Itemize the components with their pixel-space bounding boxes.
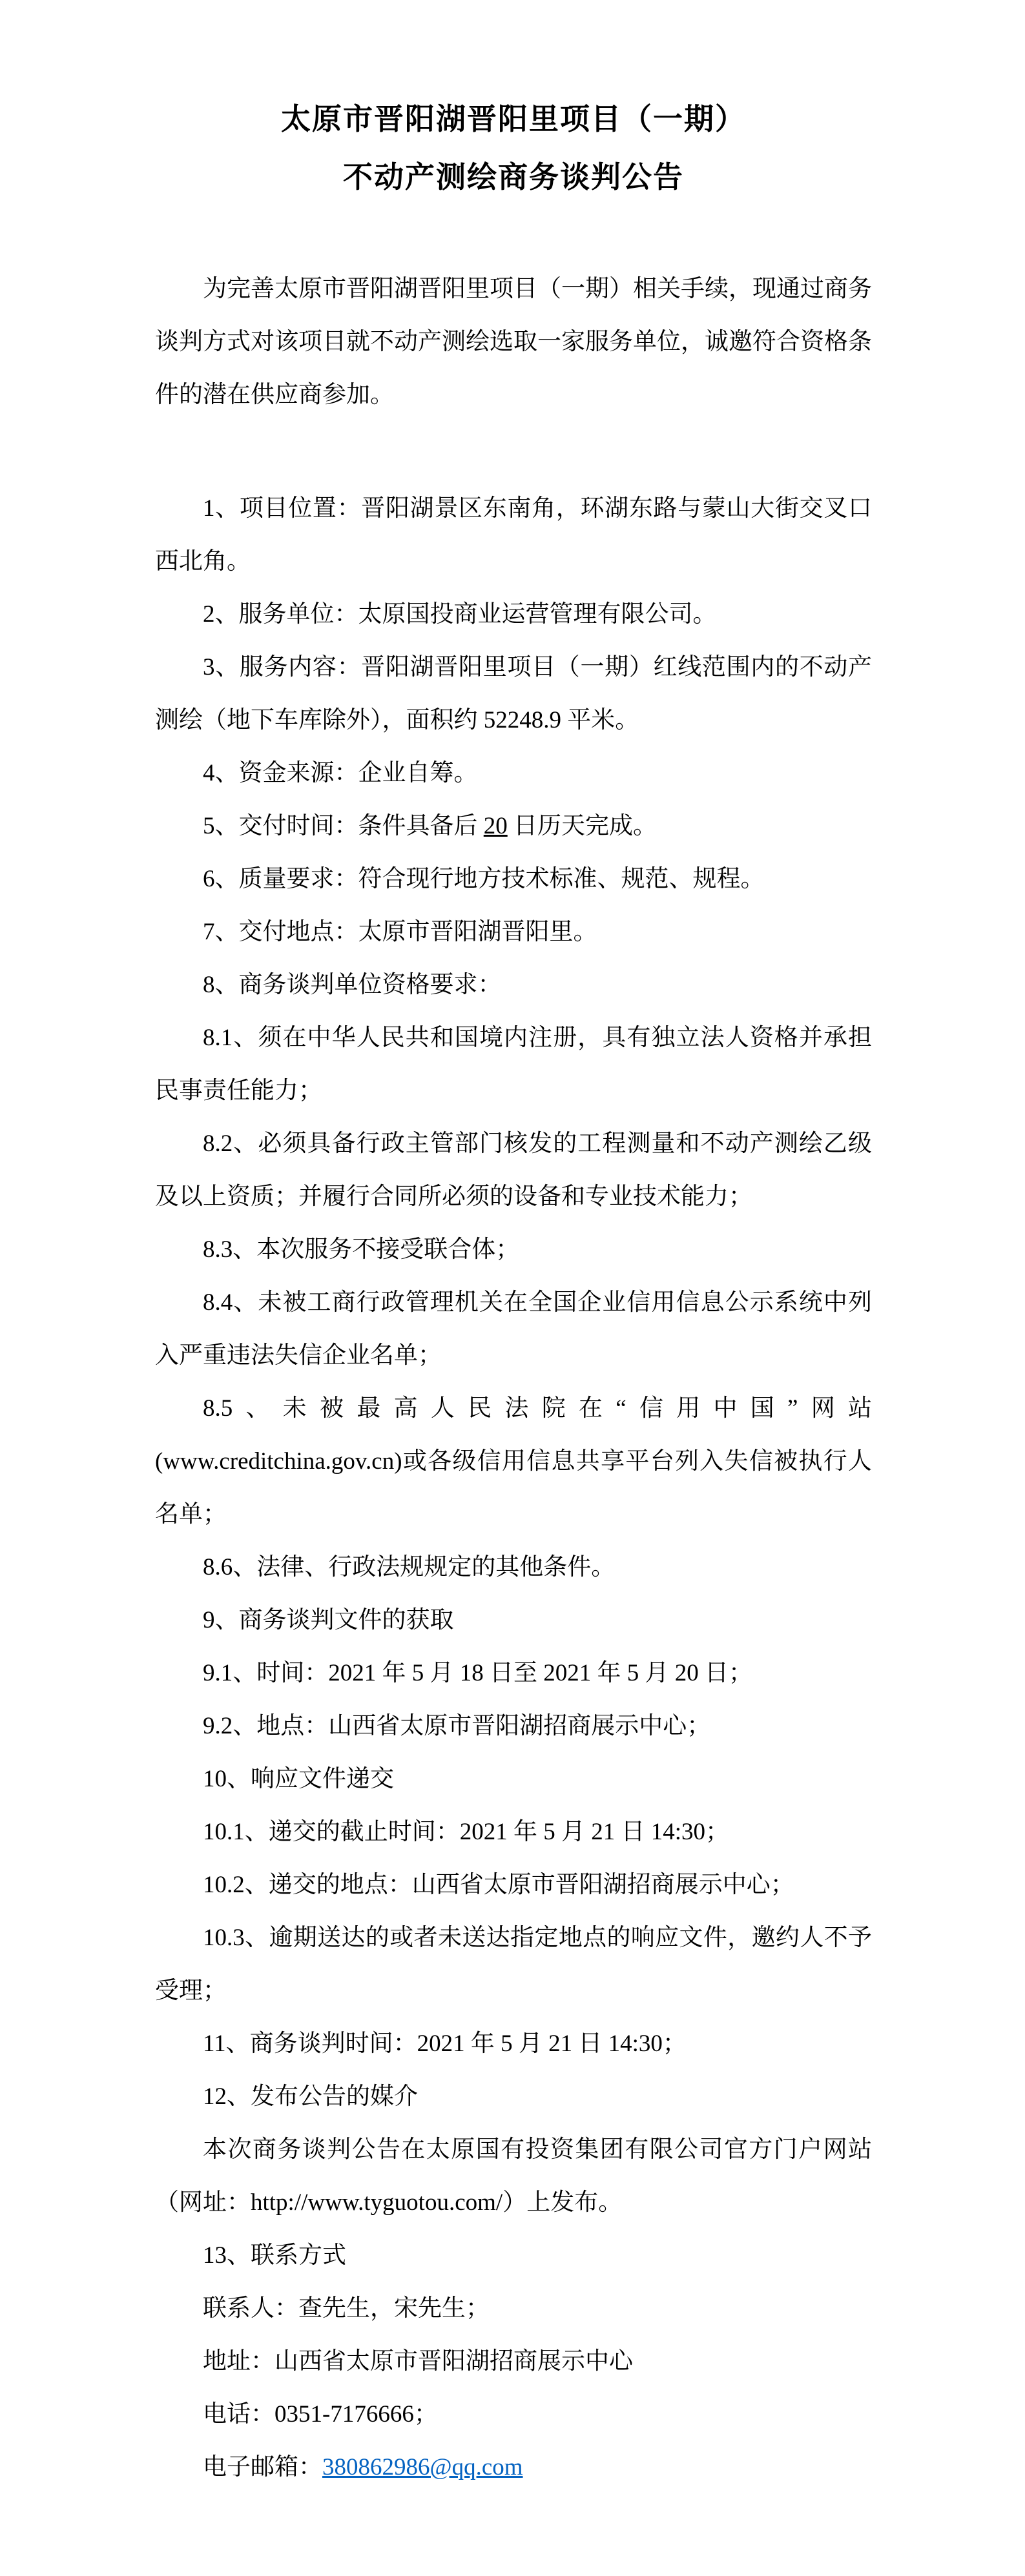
- email-link[interactable]: 380862986@qq.com: [322, 2454, 523, 2480]
- item-8-5-text-before: 8.5、未被最高人民法院在“信用中国”网站: [203, 1395, 872, 1422]
- email-label: 电子邮箱：: [203, 2454, 322, 2480]
- document-body: 为完善太原市晋阳湖晋阳里项目（一期）相关手续，现通过商务谈判方式对该项目就不动产…: [155, 263, 872, 2494]
- delivery-days-underlined: 20: [484, 813, 508, 839]
- item-7-delivery-place: 7、交付地点：太原市晋阳湖晋阳里。: [155, 906, 872, 959]
- document-title-line-1: 太原市晋阳湖晋阳里项目（一期）: [155, 90, 872, 148]
- media-text-after: 上发布。: [526, 2189, 622, 2216]
- contact-address-line: 地址：山西省太原市晋阳湖招商展示中心: [155, 2335, 872, 2388]
- item-1-project-location: 1、项目位置：晋阳湖景区东南角，环湖东路与蒙山大街交叉口西北角。: [155, 482, 872, 588]
- item-10-2-submission-place: 10.2、递交的地点：山西省太原市晋阳湖招商展示中心；: [155, 1859, 872, 1912]
- tyguotou-url: （网址：http://www.tyguotou.com/）: [155, 2189, 526, 2216]
- item-9-document-acquisition-heading: 9、商务谈判文件的获取: [155, 1594, 872, 1647]
- item-12-media-paragraph: 本次商务谈判公告在太原国有投资集团有限公司官方门户网站（网址：http://ww…: [155, 2123, 872, 2229]
- item-10-3-overdue-rule: 10.3、逾期送达的或者未送达指定地点的响应文件，邀约人不予受理；: [155, 1912, 872, 2018]
- item-12-media-heading: 12、发布公告的媒介: [155, 2070, 872, 2123]
- item-8-3-no-consortium: 8.3、本次服务不接受联合体；: [155, 1223, 872, 1276]
- item-3-service-content: 3、服务内容：晋阳湖晋阳里项目（一期）红线范围内的不动产测绘（地下车库除外），面…: [155, 641, 872, 747]
- intro-paragraph: 为完善太原市晋阳湖晋阳里项目（一期）相关手续，现通过商务谈判方式对该项目就不动产…: [155, 263, 872, 422]
- item-10-1-submission-deadline: 10.1、递交的截止时间：2021 年 5 月 21 日 14:30；: [155, 1806, 872, 1859]
- item-5-text-after: 日历天完成。: [508, 813, 657, 839]
- item-8-5-credit-china: 8.5、未被最高人民法院在“信用中国”网站(www.creditchina.go…: [155, 1382, 872, 1541]
- item-9-2-acquisition-place: 9.2、地点：山西省太原市晋阳湖招商展示中心；: [155, 1700, 872, 1753]
- contact-phone-line: 电话：0351-7176666；: [155, 2388, 872, 2441]
- item-2-service-unit: 2、服务单位：太原国投商业运营管理有限公司。: [155, 588, 872, 641]
- item-5-delivery-time: 5、交付时间：条件具备后 20 日历天完成。: [155, 800, 872, 853]
- item-11-negotiation-time: 11、商务谈判时间：2021 年 5 月 21 日 14:30；: [155, 2018, 872, 2070]
- item-10-response-submission-heading: 10、响应文件递交: [155, 1753, 872, 1806]
- item-9-1-acquisition-time: 9.1、时间：2021 年 5 月 18 日至 2021 年 5 月 20 日；: [155, 1647, 872, 1700]
- item-13-contact-heading: 13、联系方式: [155, 2229, 872, 2282]
- item-8-4-credit-blacklist: 8.4、未被工商行政管理机关在全国企业信用信息公示系统中列入严重违法失信企业名单…: [155, 1276, 872, 1382]
- item-8-6-other-conditions: 8.6、法律、行政法规规定的其他条件。: [155, 1541, 872, 1594]
- item-4-funding-source: 4、资金来源：企业自筹。: [155, 747, 872, 800]
- media-text-before: 本次商务谈判公告在太原国有投资集团有限公司官方门户网站: [203, 2136, 872, 2163]
- document-title-line-2: 不动产测绘商务谈判公告: [155, 148, 872, 207]
- item-5-text-before: 5、交付时间：条件具备后: [203, 813, 484, 839]
- item-8-2-qualification: 8.2、必须具备行政主管部门核发的工程测量和不动产测绘乙级及以上资质；并履行合同…: [155, 1118, 872, 1223]
- item-6-quality-requirement: 6、质量要求：符合现行地方技术标准、规范、规程。: [155, 853, 872, 906]
- contact-email-line: 电子邮箱：380862986@qq.com: [155, 2441, 872, 2494]
- credit-china-url: (www.creditchina.gov.cn): [155, 1448, 402, 1475]
- contact-person-line: 联系人：查先生，宋先生；: [155, 2282, 872, 2335]
- document-page: 太原市晋阳湖晋阳里项目（一期） 不动产测绘商务谈判公告 为完善太原市晋阳湖晋阳里…: [0, 0, 1025, 2576]
- item-8-qualification-heading: 8、商务谈判单位资格要求：: [155, 959, 872, 1012]
- document-title-block: 太原市晋阳湖晋阳里项目（一期） 不动产测绘商务谈判公告: [155, 0, 872, 207]
- item-8-1-registration: 8.1、须在中华人民共和国境内注册，具有独立法人资格并承担民事责任能力；: [155, 1012, 872, 1118]
